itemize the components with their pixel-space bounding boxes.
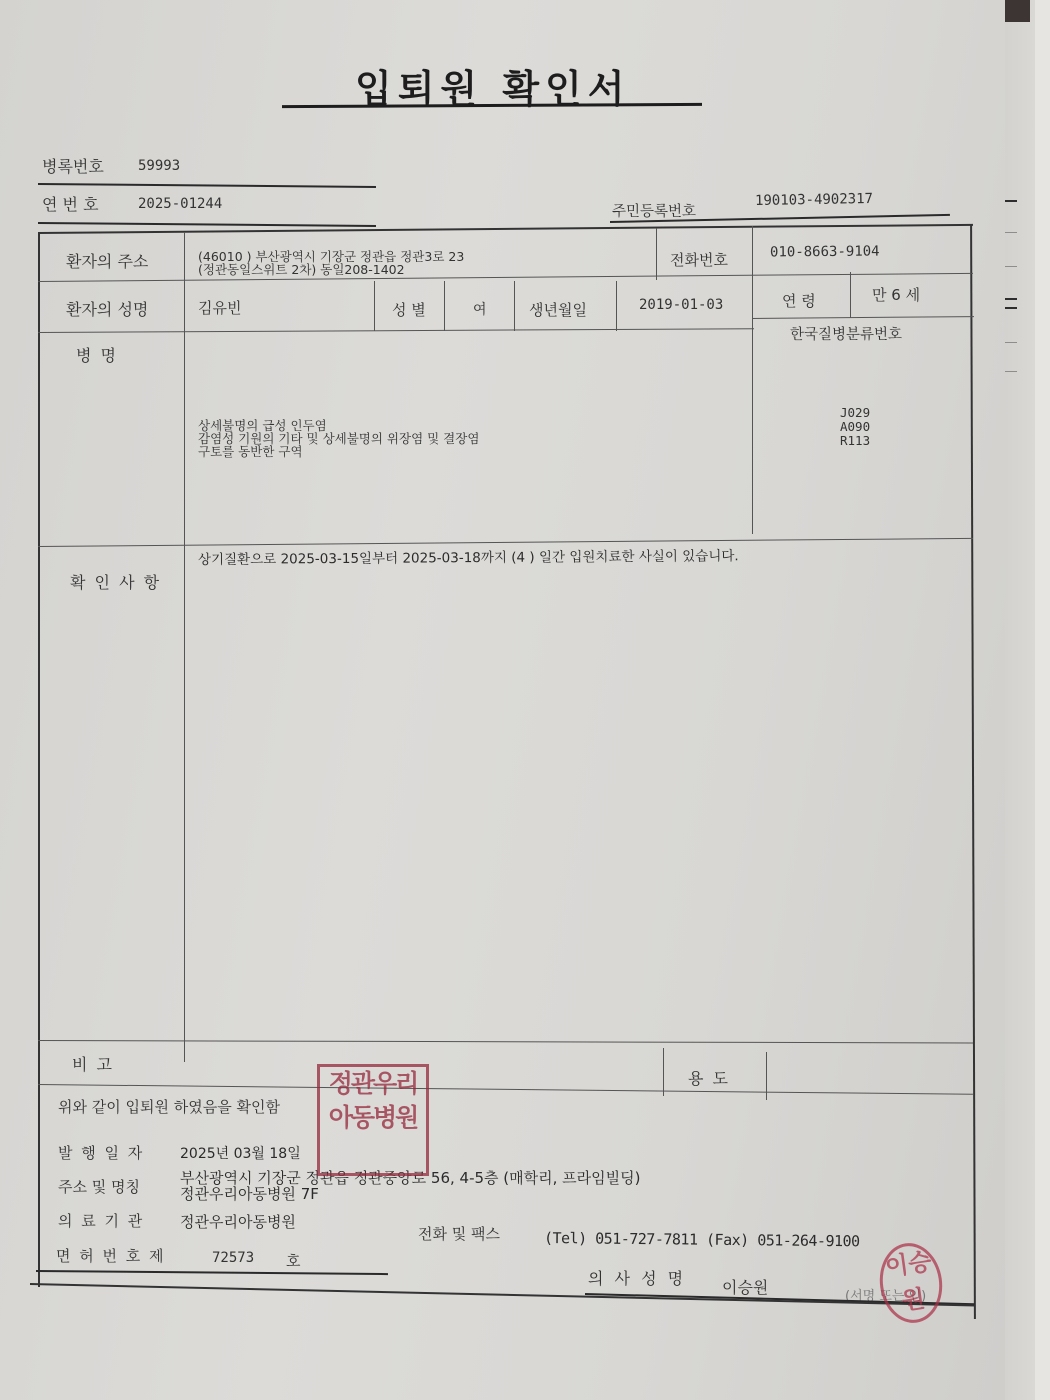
disease-code-3: R113 (840, 434, 870, 448)
table-border-top (38, 224, 973, 234)
disease-code-1: J029 (840, 406, 870, 420)
confirmation-statement: 위와 같이 입퇴원 하였음을 확인함 (58, 1096, 280, 1117)
confirmation-label: 확 인 사 항 (70, 570, 161, 593)
row-divider (752, 316, 974, 319)
age-label: 연 령 (782, 290, 816, 311)
address-name-label: 주소 및 명칭 (58, 1176, 140, 1197)
issue-date-label: 발 행 일 자 (58, 1142, 144, 1163)
divider (374, 281, 375, 331)
patient-name: 김유빈 (198, 297, 241, 318)
sex-label: 성 별 (392, 299, 426, 320)
phone-label: 전화번호 (670, 249, 728, 270)
address-line-2: (정관동일스위트 2차) 동일208-1402 (198, 263, 405, 276)
license-suffix: 호 (286, 1250, 301, 1271)
divider (850, 272, 851, 318)
hospital-seal-stamp: 정관우리아동병원 (317, 1064, 429, 1176)
confirmation-text: 상기질환으로 2025-03-15일부터 2025-03-18까지 (4 ) 일… (198, 544, 739, 568)
hospital-address-line-2: 정관우리아동병원 7F (180, 1186, 319, 1202)
serial-no-value: 2025-01244 (138, 196, 222, 212)
divider (444, 281, 445, 331)
license-rule (36, 1270, 388, 1275)
divider (656, 228, 657, 280)
record-no-label: 병록번호 (42, 154, 104, 177)
resident-id-label: 주민등록번호 (612, 200, 696, 221)
license-number: 72573 (212, 1250, 254, 1266)
institution-label: 의 료 기 관 (58, 1210, 144, 1231)
serial-no-label: 연 번 호 (42, 192, 99, 215)
license-label: 면 허 번 호 제 (56, 1245, 166, 1266)
table-border-right (970, 224, 976, 1319)
resident-id-value: 190103-4902317 (755, 191, 873, 209)
record-no-rule (38, 183, 376, 188)
institution-value: 정관우리아동병원 (180, 1211, 296, 1232)
divider (616, 281, 617, 331)
phone-value: 010-8663-9104 (770, 244, 880, 261)
name-label: 환자의 성명 (66, 297, 148, 320)
diagnosis-name-3: 구토를 동반한 구역 (198, 445, 303, 458)
row-divider (38, 273, 973, 282)
row-divider (38, 1084, 973, 1095)
dob-value: 2019-01-03 (639, 297, 723, 313)
remarks-label: 비 고 (72, 1052, 114, 1075)
contact-value: (Tel) 051-727-7811 (Fax) 051-264-9100 (544, 1229, 860, 1250)
doctor-seal-stamp: 이승원 (875, 1239, 948, 1327)
divider (663, 1048, 664, 1096)
disease-code-2: A090 (840, 420, 870, 434)
purpose-label: 용 도 (688, 1066, 730, 1089)
row-divider (38, 1040, 973, 1043)
record-no-value: 59993 (138, 158, 180, 174)
address-label: 환자의 주소 (66, 249, 148, 272)
certificate-sheet: 입퇴원 확인서 병록번호 59993 연 번 호 2025-01244 주민등록… (0, 0, 1005, 1400)
contact-label: 전화 및 팩스 (418, 1223, 500, 1244)
serial-no-rule (38, 222, 376, 227)
table-border-bottom (30, 1283, 975, 1306)
label-column-divider (184, 232, 185, 1062)
age-value: 만 6 세 (872, 284, 920, 305)
doctor-name: 이승원 (722, 1275, 768, 1298)
sex-value: 여 (473, 299, 487, 319)
row-divider (38, 328, 754, 333)
issue-date-value: 2025년 03월 18일 (180, 1143, 301, 1163)
disease-code-header: 한국질병분류번호 (790, 323, 902, 344)
divider (766, 1052, 767, 1100)
divider (752, 226, 753, 534)
dob-label: 생년월일 (529, 299, 587, 320)
table-border-left (38, 232, 40, 1287)
doctor-label: 의 사 성 명 (588, 1266, 686, 1289)
divider (514, 281, 515, 331)
diagnosis-label: 병 명 (76, 343, 118, 366)
